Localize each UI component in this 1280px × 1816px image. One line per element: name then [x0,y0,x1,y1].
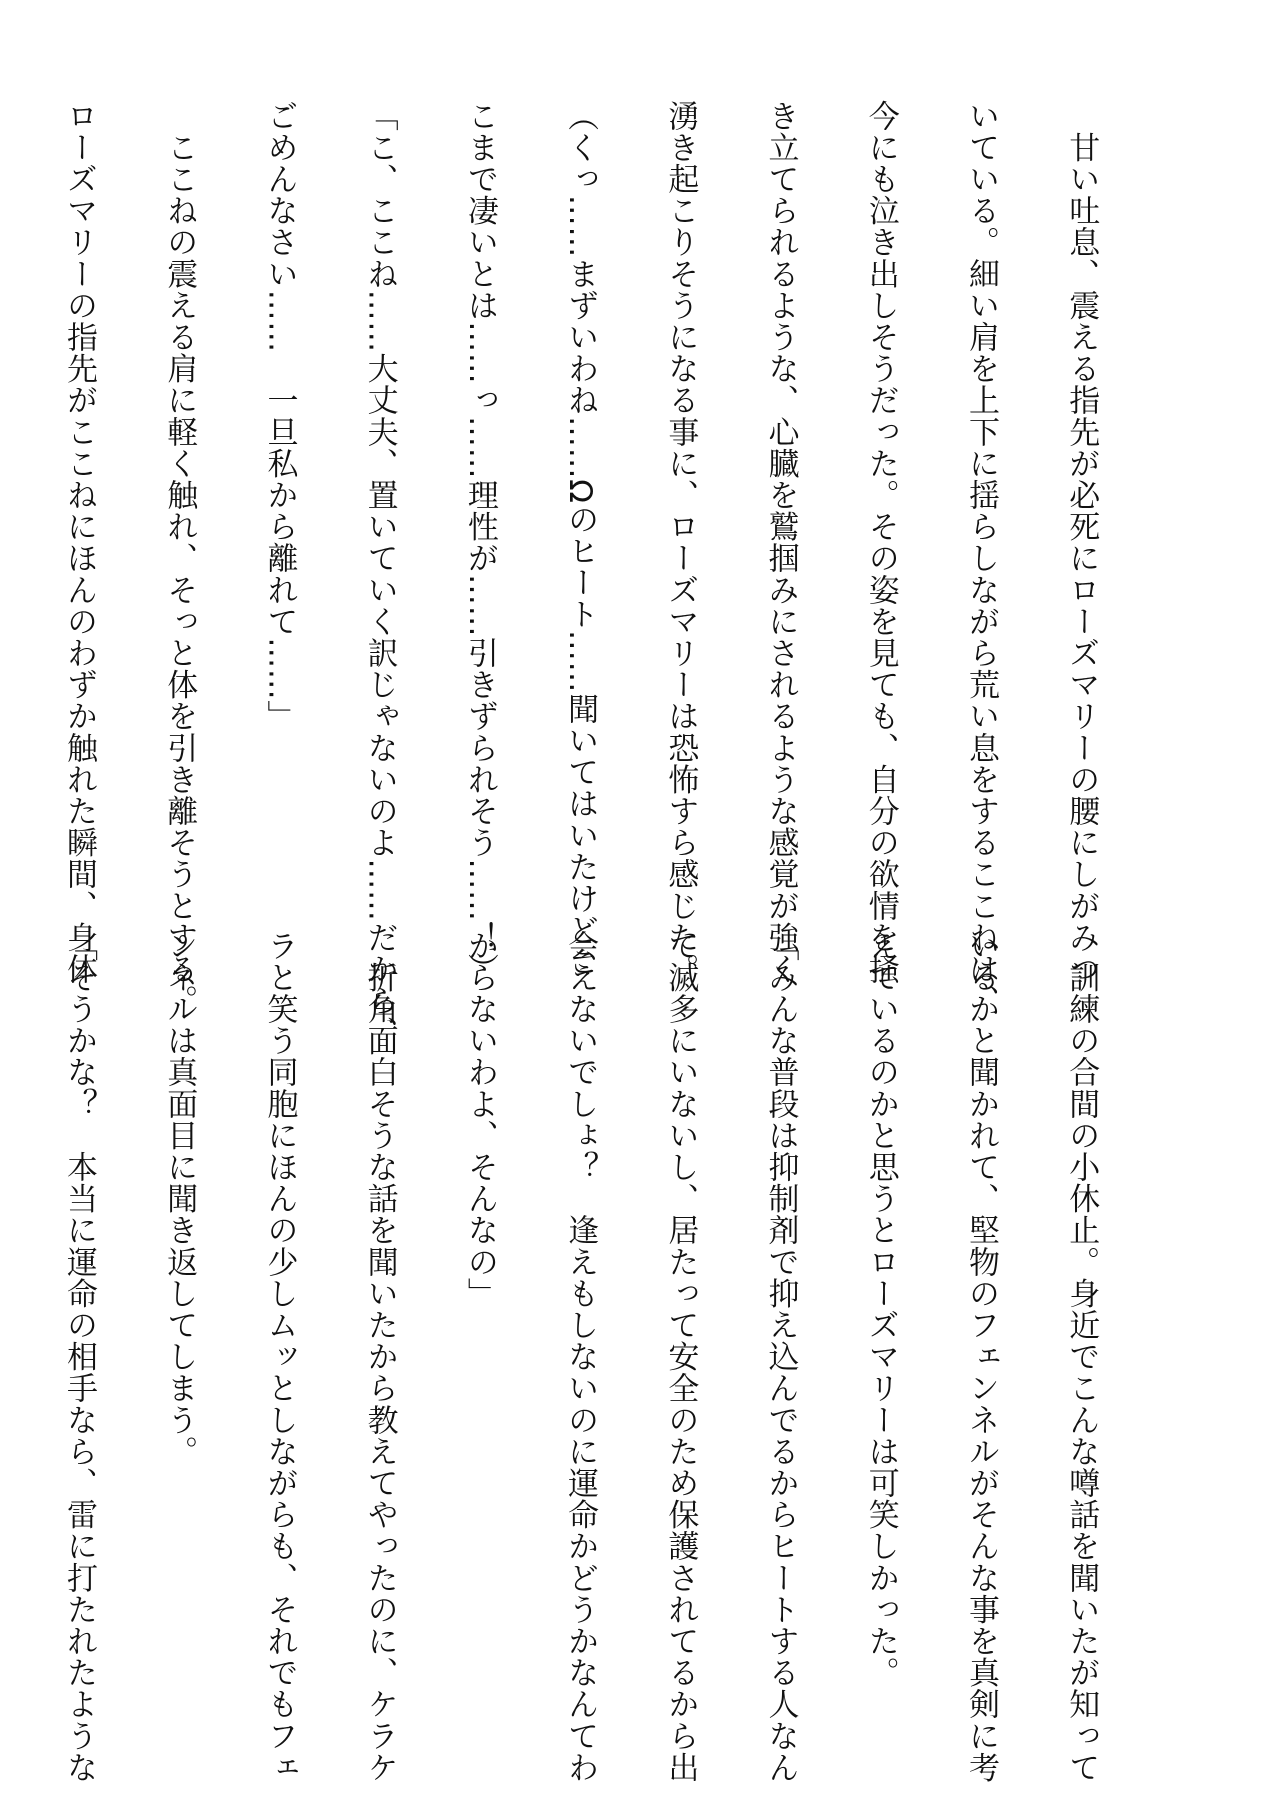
text-line: 「こ、ここね……大丈夫、置いていく訳じゃないのよ……だから、 [362,100,395,890]
text-line: 「そうかな？ 本当に運命の相手なら、雷に打たれたような [62,930,95,1720]
text-line: 折角面白そうな話を聞いたから教えてやったのに、ケラケ [362,930,395,1720]
text-line: ラと笑う同胞にほんの少しムッとしながらも、それでもフェ [262,930,295,1720]
text-line: からないわよ、そんなの」 [462,930,495,1720]
text-line: 「みんな普段は抑制剤で抑え込んでるからヒートする人なん [763,930,796,1720]
text-line: 甘い吐息、震える指先が必死にローズマリーの腰にしがみつ [1064,100,1097,890]
text-line: 訓練の合間の小休止。身近でこんな噂話を聞いたが知って [1064,930,1097,1720]
text-line: 湧き起こりそうになる事に、ローズマリーは恐怖すら感じた。 [663,100,696,890]
text-line: て滅多にいないし、居たって安全のため保護されてるから出 [663,930,696,1720]
text-line: えているのかと思うとローズマリーは可笑しかった。 [863,930,896,1720]
novel-page: 甘い吐息、震える指先が必死にローズマリーの腰にしがみつ いている。細い肩を上下に… [0,0,1280,1816]
text-block-lower: 訓練の合間の小休止。身近でこんな噂話を聞いたが知って いるかと聞かれて、堅物のフ… [0,930,1164,1720]
text-line: いるかと聞かれて、堅物のフェンネルがそんな事を真剣に考 [964,930,997,1720]
text-line: き立てられるような、心臓を鷲掴みにされるような感覚が強く [763,100,796,890]
text-line: ここねの震える肩に軽く触れ、そっと体を引き離そうとする。 [162,100,195,890]
text-block-upper: 甘い吐息、震える指先が必死にローズマリーの腰にしがみつ いている。細い肩を上下に… [0,100,1164,890]
text-line: ローズマリーの指先がここねにほんのわずか触れた瞬間、身体 [62,100,95,890]
text-line: 会えないでしょ？ 逢えもしないのに運命かどうかなんてわ [563,930,596,1720]
text-line: 今にも泣き出しそうだった。その姿を見ても、自分の欲情を掻 [863,100,896,890]
text-line: ごめんなさい…… 一旦私から離れて……」 [262,100,295,890]
text-line: （くっ……まずいわね……Ωのヒート……聞いてはいたけどこ [563,100,596,890]
text-line: いている。細い肩を上下に揺らしながら荒い息をするここねは、 [964,100,997,890]
text-line: ンネルは真面目に聞き返してしまう。 [162,930,195,1720]
text-line: こまで凄いとは……っ……理性が……引きずられそう……！） [462,100,495,890]
